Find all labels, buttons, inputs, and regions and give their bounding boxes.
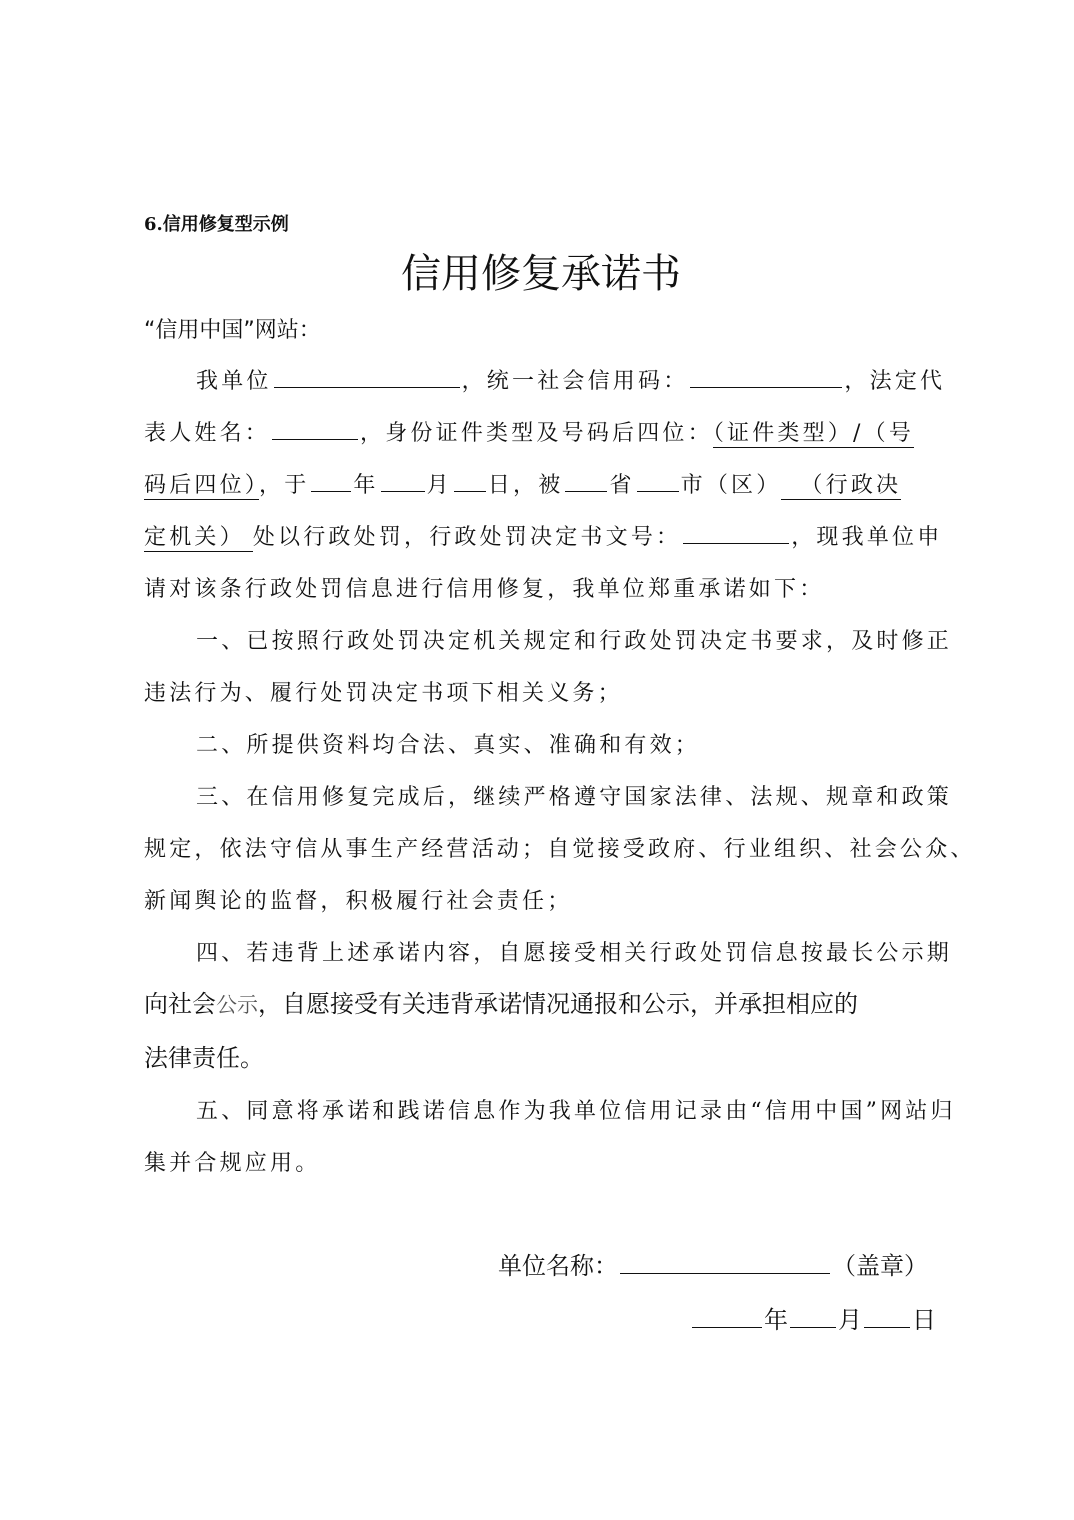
text: 月 [838, 1306, 862, 1334]
text: 年 [353, 473, 378, 498]
text: 表人姓名： [144, 421, 270, 446]
addressee: “信用中国”网站： [144, 313, 321, 344]
text: 年 [764, 1306, 788, 1334]
text: ，于 [259, 473, 309, 498]
document-title: 信用修复承诺书 [0, 242, 1074, 299]
text: ，身份证件类型及号码后四位： [360, 421, 713, 446]
text: 处以行政处罚，行政处罚决定书文号： [253, 525, 681, 550]
year-blank[interactable] [311, 469, 351, 492]
seal-label: （盖章） [832, 1252, 928, 1280]
text: 法律责任。 [144, 1044, 264, 1072]
intro-line-1: 我单位，统一社会信用码：，法定代 [196, 364, 945, 395]
text: 向社会 [144, 990, 216, 1018]
commitment-item-5-line-2: 集并合规应用。 [144, 1146, 320, 1177]
month-blank[interactable] [381, 469, 425, 492]
commitment-item-4-line-1: 四、若违背上述承诺内容，自愿接受相关行政处罚信息按最长公示期 [196, 936, 952, 967]
text: ，统一社会信用码： [462, 369, 689, 394]
text: 市（区） [681, 473, 782, 498]
text: 月 [427, 473, 452, 498]
decision-number-blank[interactable] [683, 521, 789, 544]
commitment-item-3-line-2: 规定，依法守信从事生产经营活动；自觉接受政府、行业组织、社会公众、 [144, 832, 976, 863]
sign-day-blank[interactable] [864, 1303, 910, 1328]
province-blank[interactable] [565, 469, 607, 492]
signature-date-line: 年月日 [690, 1300, 936, 1335]
commitment-item-3-line-1: 三、在信用修复完成后，继续严格遵守国家法律、法规、规章和政策 [196, 780, 952, 811]
commitment-item-3-line-3: 新闻舆论的监督，积极履行社会责任； [144, 884, 572, 915]
commitment-item-1-line-2: 违法行为、履行处罚决定书项下相关义务； [144, 676, 623, 707]
text: ，法定代 [844, 369, 945, 394]
text: ，自愿接受有关违背承诺情况通报和公示，并承担相应的 [258, 990, 858, 1018]
commitment-item-2: 二、所提供资料均合法、真实、准确和有效； [196, 728, 700, 759]
sign-year-blank[interactable] [692, 1303, 762, 1328]
text: 我单位 [196, 369, 272, 394]
commitment-item-4-line-3: 法律责任。 [144, 1038, 264, 1073]
legal-rep-blank[interactable] [272, 417, 358, 440]
intro-line-2: 表人姓名：，身份证件类型及号码后四位：（证件类型）/（号 [144, 416, 914, 447]
signature-unit-line: 单位名称：（盖章） [498, 1246, 928, 1281]
text: ，现我单位申 [791, 525, 942, 550]
commitment-item-5-line-1: 五、同意将承诺和践诺信息作为我单位信用记录由“信用中国”网站归 [196, 1094, 956, 1125]
id-type-field[interactable]: （证件类型）/（号 [713, 421, 914, 448]
unit-name-blank[interactable] [274, 365, 460, 388]
commitment-item-4-line-2: 向社会公示，自愿接受有关违背承诺情况通报和公示，并承担相应的 [144, 984, 858, 1019]
intro-line-3: 码后四位），于年月日，被省市（区）（行政决 [144, 468, 901, 499]
text: 日，被 [488, 473, 564, 498]
text: 公示 [216, 993, 258, 1017]
text: 省 [609, 473, 634, 498]
city-blank[interactable] [637, 469, 679, 492]
day-blank[interactable] [454, 469, 486, 492]
intro-line-5: 请对该条行政处罚信息进行信用修复，我单位郑重承诺如下： [144, 572, 824, 603]
id-last-digits-field[interactable]: 码后四位） [144, 473, 259, 500]
authority-field[interactable]: （行政决 [781, 473, 901, 500]
section-label: 6.信用修复型示例 [144, 210, 289, 236]
credit-code-blank[interactable] [690, 365, 842, 388]
unit-name-label: 单位名称： [498, 1252, 618, 1280]
text: 日 [912, 1306, 936, 1334]
authority-field-cont[interactable]: 定机关） [144, 525, 253, 552]
commitment-item-1-line-1: 一、已按照行政处罚决定机关规定和行政处罚决定书要求，及时修正 [196, 624, 952, 655]
sign-month-blank[interactable] [790, 1303, 836, 1328]
signature-unit-blank[interactable] [620, 1249, 830, 1274]
intro-line-4: 定机关）处以行政处罚，行政处罚决定书文号：，现我单位申 [144, 520, 942, 551]
